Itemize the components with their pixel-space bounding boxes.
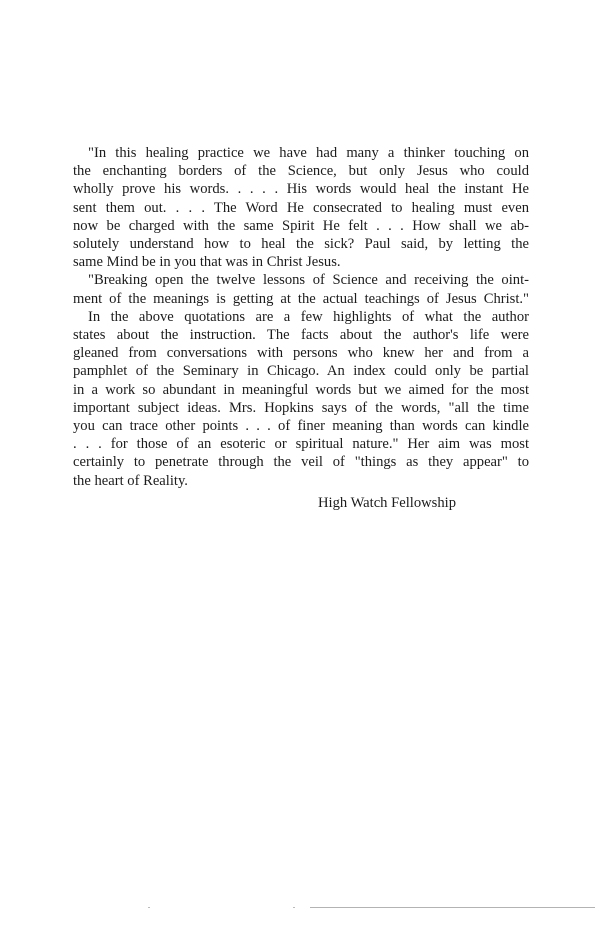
text-line: gleaned from conversations with persons …	[73, 344, 529, 362]
signature: High Watch Fellowship	[73, 494, 529, 512]
text-line: wholly prove his words. . . . . His word…	[73, 180, 529, 198]
text-line: certainly to penetrate through the veil …	[73, 453, 529, 471]
text-line: in a work so abundant in meaningful word…	[73, 381, 529, 399]
text-line: now be charged with the same Spirit He f…	[73, 217, 529, 235]
text-line: "In this healing practice we have had ma…	[73, 144, 529, 162]
paragraph-quote-lessons: "Breaking open the twelve lessons of Sci…	[73, 271, 529, 307]
text-line: pamphlet of the Seminary in Chicago. An …	[73, 362, 529, 380]
text-line: same Mind be in you that was in Christ J…	[73, 253, 529, 271]
text-line: states about the instruction. The facts …	[73, 326, 529, 344]
text-line: . . . for those of an esoteric or spirit…	[73, 435, 529, 453]
text-line: important subject ideas. Mrs. Hopkins sa…	[73, 399, 529, 417]
text-line: ment of the meanings is getting at the a…	[73, 290, 529, 308]
scan-artifact	[148, 907, 150, 908]
text-line: sent them out. . . . The Word He consecr…	[73, 199, 529, 217]
paragraph-editorial-note: In the above quotations are a few highli…	[73, 308, 529, 490]
paragraph-quote-healing: "In this healing practice we have had ma…	[73, 144, 529, 271]
text-line: In the above quotations are a few highli…	[73, 308, 529, 326]
text-line: solutely understand how to heal the sick…	[73, 235, 529, 253]
text-line: the enchanting borders of the Science, b…	[73, 162, 529, 180]
scan-artifact-line	[310, 907, 595, 908]
text-line: you can trace other points . . . of fine…	[73, 417, 529, 435]
text-line: "Breaking open the twelve lessons of Sci…	[73, 271, 529, 289]
document-page: "In this healing practice we have had ma…	[73, 144, 529, 512]
text-line: the heart of Reality.	[73, 472, 529, 490]
scan-artifact	[293, 907, 295, 908]
